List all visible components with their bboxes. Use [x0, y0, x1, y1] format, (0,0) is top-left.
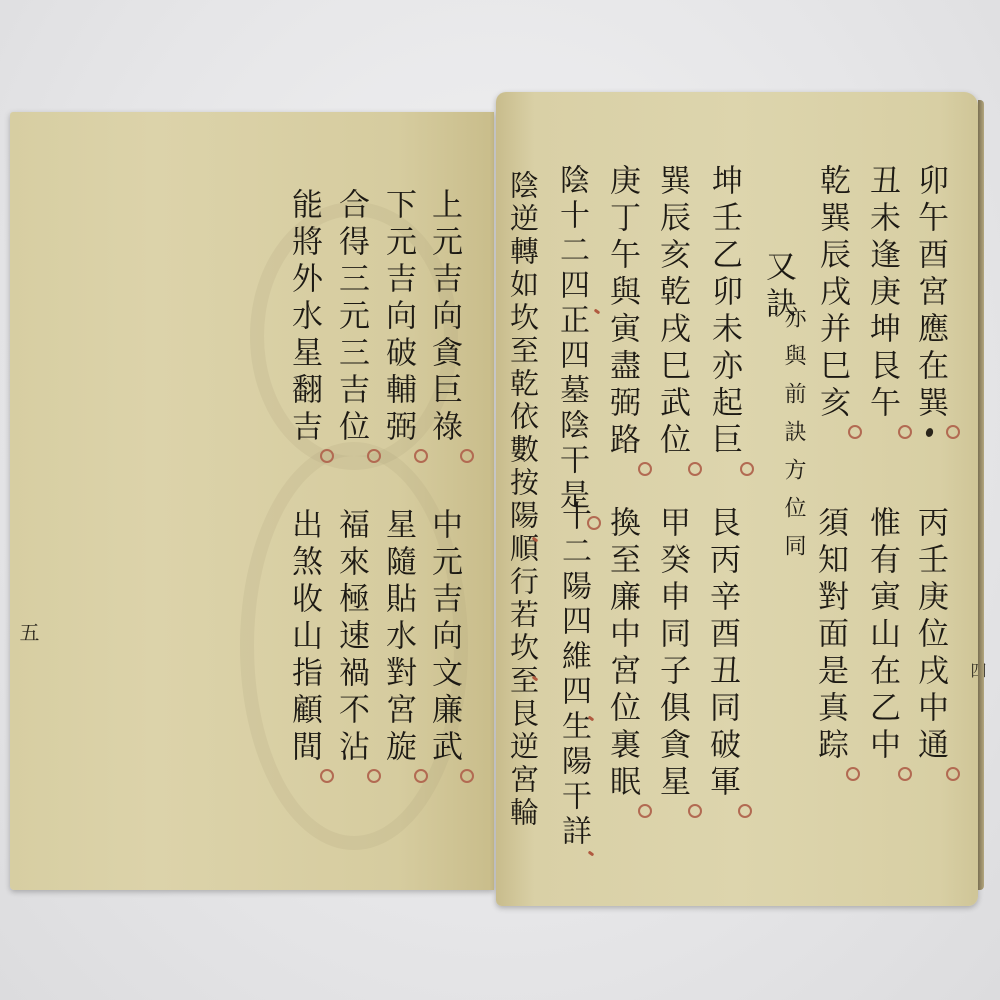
text-column: 星隨貼水對宮旋: [382, 508, 413, 783]
text-column: 福來極速禍不沾: [335, 508, 366, 783]
punctuation-circle: [367, 449, 381, 463]
text-column: 合得三元三吉位: [335, 188, 366, 463]
text-column: 乾巽辰戌并巳亥: [816, 164, 847, 439]
text-column: 惟有寅山在乙中: [866, 506, 897, 781]
text-column: 丑未逢庚坤艮午: [866, 164, 897, 439]
text-column: 卯午酉宮應在巽: [914, 164, 945, 439]
punctuation-circle: [848, 425, 862, 439]
punctuation-circle: [460, 769, 474, 783]
punctuation-circle: [898, 425, 912, 439]
red-tick-mark: [594, 309, 601, 315]
right-page: 卯午酉宮應在巽 丑未逢庚坤艮午 乾巽辰戌并巳亥 又訣 亦與前訣方位同 坤壬乙卯未…: [496, 92, 978, 906]
punctuation-circle: [638, 804, 652, 818]
text-column: 十二陽四維四生陽干詳: [558, 500, 588, 850]
punctuation-circle: [688, 804, 702, 818]
text-column: 換至廉中宮位裏眠: [606, 506, 637, 818]
punctuation-circle: [846, 767, 860, 781]
text-column: 甲癸申同子俱貪星: [656, 506, 687, 818]
text-column-long: 陰逆轉如坎至乾依數按陽順行若坎至艮逆宮輪: [508, 170, 537, 830]
punctuation-circle: [638, 462, 652, 476]
punctuation-circle: [898, 767, 912, 781]
punctuation-circle: [946, 425, 960, 439]
folio-number: 四: [966, 662, 989, 678]
red-tick-mark: [588, 851, 595, 857]
punctuation-circle: [740, 462, 754, 476]
text-column: 坤壬乙卯未亦起巨: [708, 164, 739, 476]
text-column: 巽辰亥乾戌巳武位: [656, 164, 687, 476]
folio-number: 五: [14, 622, 43, 642]
text-column: 丙壬庚位戌中通: [914, 506, 945, 781]
punctuation-circle: [320, 449, 334, 463]
punctuation-circle: [367, 769, 381, 783]
left-page: 上元吉向貪巨祿 下元吉向破輔弼 合得三元三吉位 能將外水星翻吉 中元吉向文廉武 …: [10, 112, 494, 890]
punctuation-circle: [414, 449, 428, 463]
text-column: 下元吉向破輔弼: [382, 188, 413, 463]
text-column: 須知對面是真踪: [814, 506, 845, 781]
punctuation-circle: [688, 462, 702, 476]
text-column: 艮丙辛酉丑同破軍: [706, 506, 737, 818]
punctuation-circle: [320, 769, 334, 783]
text-column: 能將外水星翻吉: [288, 188, 319, 463]
punctuation-circle: [460, 449, 474, 463]
punctuation-circle: [946, 767, 960, 781]
punctuation-circle: [738, 804, 752, 818]
text-column: 庚丁午與寅盡弼路: [606, 164, 637, 476]
punctuation-circle: [414, 769, 428, 783]
text-column: 陰十二四正四墓陰干是: [556, 164, 586, 530]
note-column: 亦與前訣方位同: [782, 306, 804, 572]
text-column: 出煞收山指顧間: [288, 508, 319, 783]
text-column: 中元吉向文廉武: [428, 508, 459, 783]
text-column: 上元吉向貪巨祿: [428, 188, 459, 463]
